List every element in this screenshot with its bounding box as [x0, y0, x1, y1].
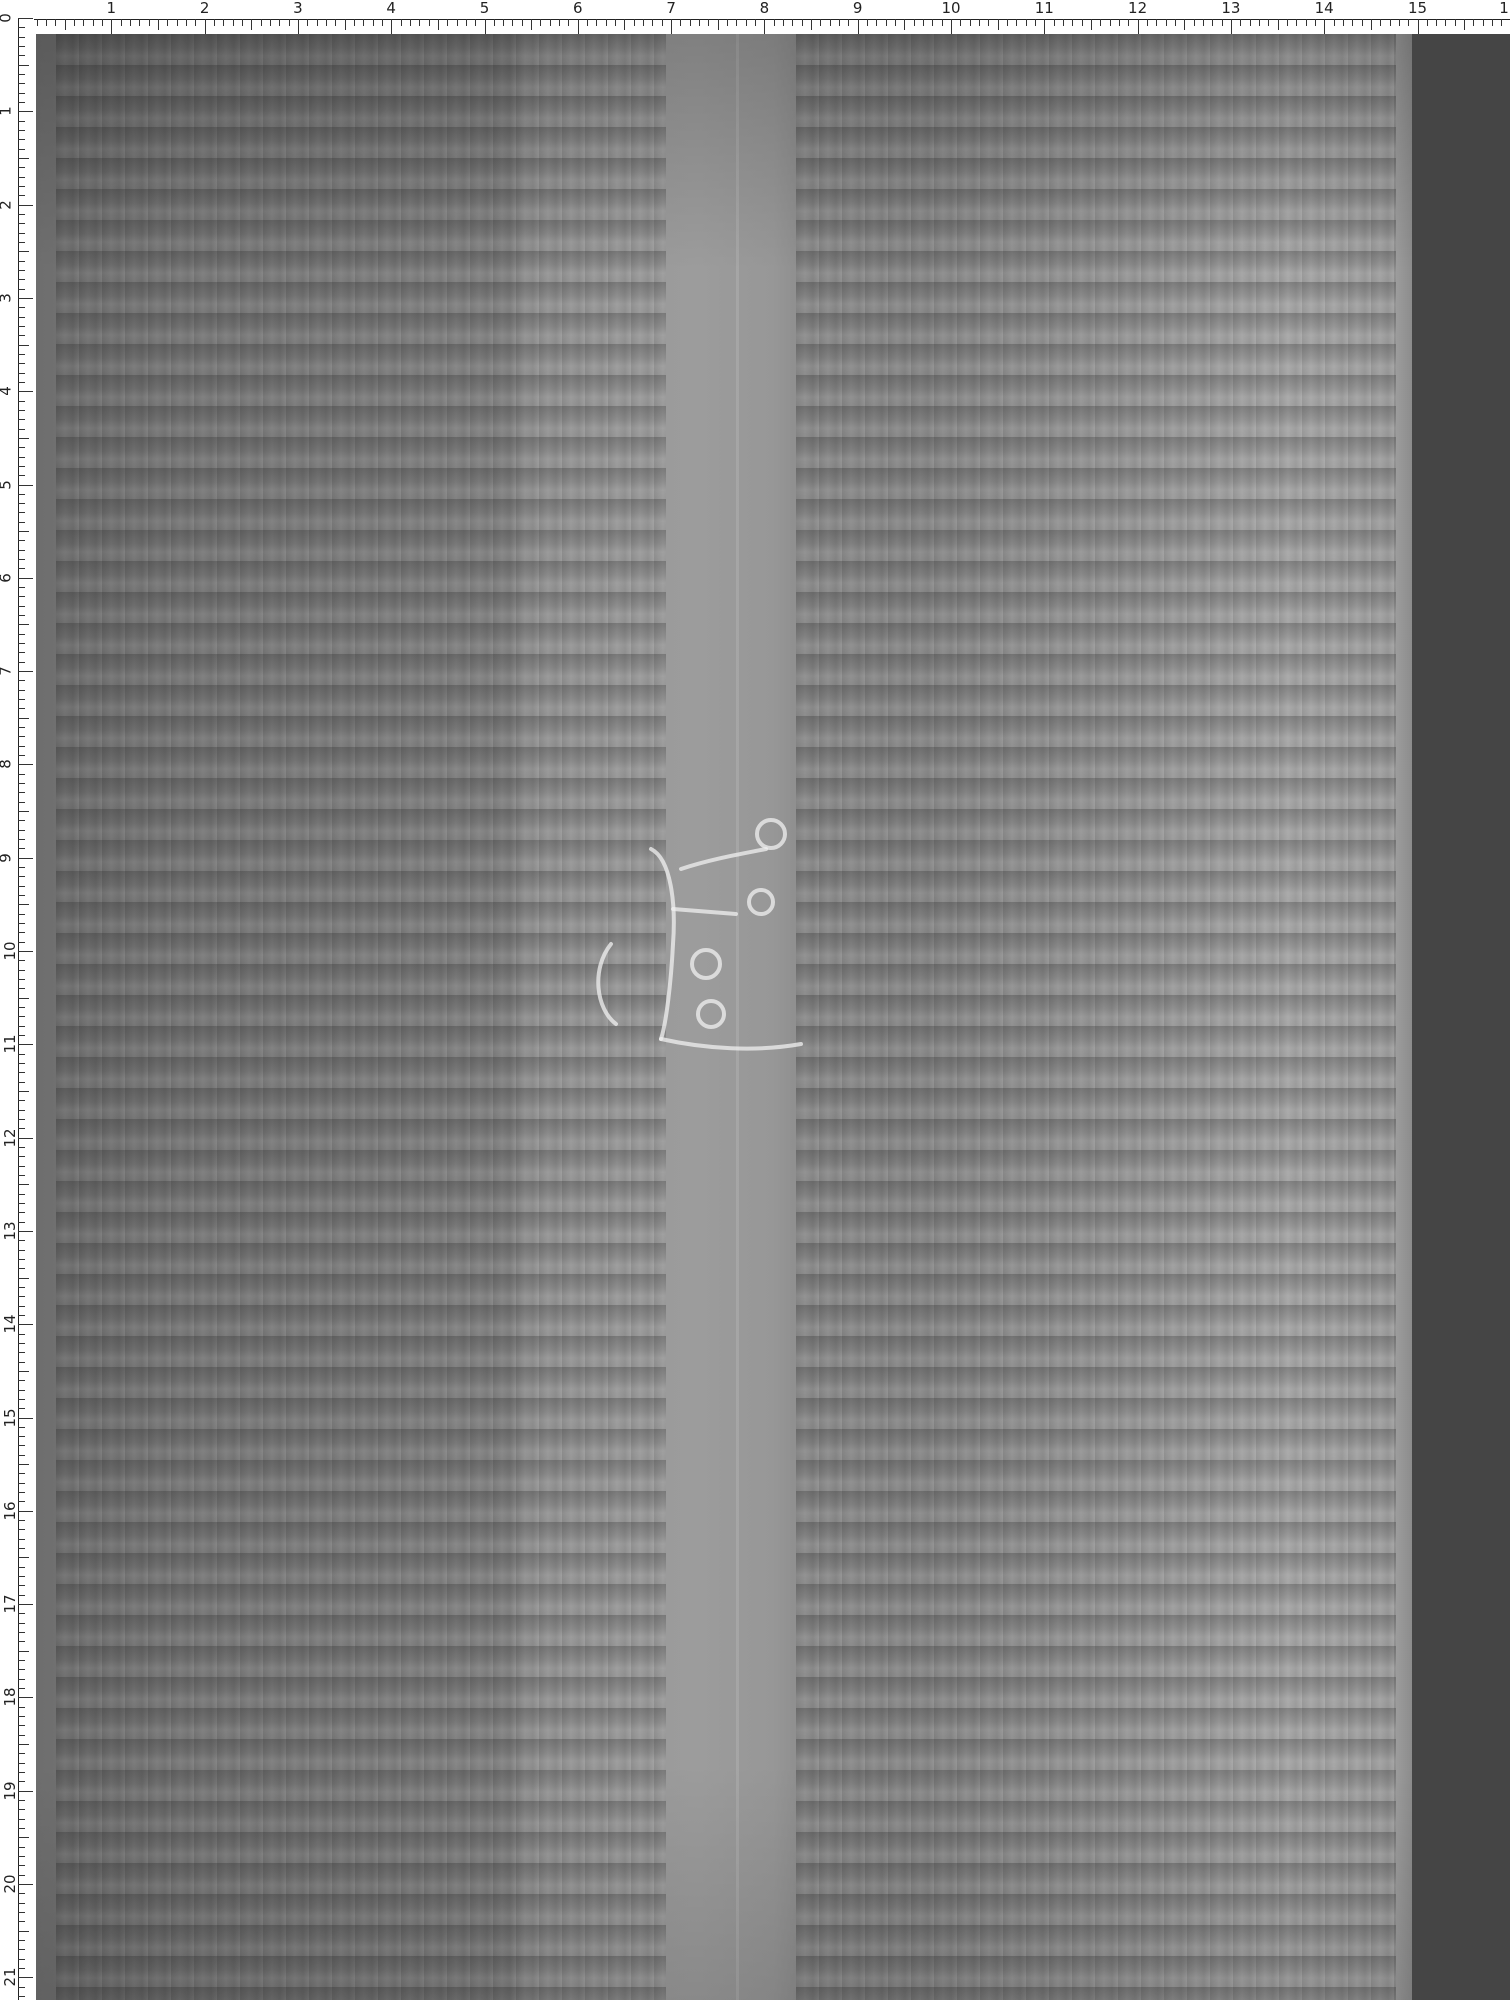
ruler-label: 10	[3, 941, 18, 960]
ruler-tick	[746, 19, 747, 26]
ruler-tick	[438, 19, 439, 30]
ruler-tick	[37, 19, 38, 26]
ruler-tick	[233, 19, 234, 26]
ruler-label: 5	[480, 0, 490, 17]
ruler-tick	[18, 1707, 25, 1708]
ruler-tick	[74, 19, 75, 26]
ruler-label: 20	[3, 1874, 18, 1893]
ruler-tick	[261, 19, 262, 26]
ruler-tick	[1110, 19, 1111, 26]
ruler-tick	[18, 1893, 25, 1894]
ruler-tick	[18, 1473, 25, 1474]
ruler-tick	[485, 19, 486, 34]
ruler-tick	[46, 19, 47, 26]
ruler-tick	[18, 177, 25, 178]
ruler-tick	[18, 130, 25, 131]
ruler-tick	[18, 1119, 25, 1120]
ruler-tick	[18, 512, 25, 513]
ruler-tick	[634, 19, 635, 26]
ruler-tick	[18, 1259, 25, 1260]
ruler-tick	[1212, 19, 1213, 26]
ruler-tick	[18, 1240, 25, 1241]
ruler-tick	[1436, 19, 1437, 26]
ruler-tick	[764, 19, 765, 34]
ruler-tick	[18, 568, 25, 569]
ruler-tick	[830, 19, 831, 26]
ruler-tick	[18, 1847, 25, 1848]
ruler-tick	[18, 1156, 25, 1157]
ruler-tick	[18, 960, 25, 961]
ruler-tick	[1315, 19, 1316, 26]
ruler-tick	[18, 1977, 33, 1978]
ruler-tick	[690, 19, 691, 26]
ruler-label: 6	[573, 0, 583, 17]
ruler-tick	[18, 46, 25, 47]
ruler-tick	[18, 1371, 29, 1372]
ruler-tick	[18, 1940, 25, 1941]
ruler-tick	[18, 1250, 25, 1251]
ruler-tick	[522, 19, 523, 26]
ruler-tick	[1231, 19, 1232, 34]
ruler-tick	[18, 1856, 25, 1857]
ruler-tick	[1427, 19, 1428, 26]
ruler-tick	[1091, 19, 1092, 30]
ruler-tick	[18, 1791, 33, 1792]
ruler-label: 8	[0, 760, 13, 770]
ruler-tick	[18, 1931, 29, 1932]
ruler-tick	[18, 1138, 33, 1139]
ruler-tick	[802, 19, 803, 26]
ruler-tick	[727, 19, 728, 26]
ruler-tick	[18, 1184, 29, 1185]
ruler-tick	[18, 1828, 25, 1829]
ruler-label: 9	[853, 0, 863, 17]
ruler-tick	[615, 19, 616, 26]
ruler-tick	[18, 1296, 25, 1297]
ruler-tick	[18, 662, 25, 663]
ruler-tick	[326, 19, 327, 26]
ruler-tick	[18, 382, 25, 383]
ruler-tick	[93, 19, 94, 26]
ruler-tick	[1343, 19, 1344, 26]
ruler-tick	[18, 102, 25, 103]
ruler-tick	[382, 19, 383, 26]
ruler-tick	[960, 19, 961, 26]
ruler-tick	[596, 19, 597, 26]
ruler-tick	[18, 1362, 25, 1363]
ruler-tick	[65, 19, 66, 30]
ruler-tick	[18, 858, 33, 859]
ruler-tick	[1007, 19, 1008, 26]
manuscript-scan	[36, 34, 1510, 2000]
ruler-tick	[811, 19, 812, 30]
ruler-tick	[18, 1837, 29, 1838]
ruler-tick	[988, 19, 989, 26]
ruler-tick	[18, 363, 25, 364]
ruler-tick	[18, 307, 25, 308]
ruler-tick	[18, 1865, 25, 1866]
ruler-tick	[18, 242, 25, 243]
ruler-tick	[18, 652, 25, 653]
ruler-tick	[18, 876, 25, 877]
ruler-tick	[1390, 19, 1391, 26]
ruler-tick	[195, 19, 196, 26]
ruler-tick	[18, 289, 25, 290]
ruler-tick	[923, 19, 924, 26]
ruler-tick	[18, 438, 29, 439]
ruler-tick	[18, 942, 25, 943]
ruler-tick	[774, 19, 775, 26]
ruler-tick	[18, 970, 25, 971]
ruler-tick	[18, 1520, 25, 1521]
ruler-tick	[18, 1445, 25, 1446]
ruler-tick	[18, 1576, 25, 1577]
ruler-tick	[18, 923, 25, 924]
ruler-tick	[18, 1063, 25, 1064]
ruler-label: 7	[0, 666, 13, 676]
ruler-tick	[18, 251, 29, 252]
ruler-tick	[18, 1567, 25, 1568]
ruler-tick	[18, 587, 25, 588]
ruler-tick	[904, 19, 905, 30]
ruler-tick	[18, 764, 33, 765]
scan-background-edge	[1412, 34, 1510, 2000]
ruler-tick	[1501, 19, 1502, 26]
ruler-tick	[876, 19, 877, 26]
ruler-label: 1	[0, 107, 13, 117]
ruler-tick	[279, 19, 280, 26]
ruler-label: 11	[3, 1035, 18, 1054]
ruler-tick	[18, 1763, 25, 1764]
ruler-tick	[18, 1632, 25, 1633]
ruler-tick	[18, 1464, 29, 1465]
ruler-tick	[578, 19, 579, 34]
ruler-tick	[18, 690, 25, 691]
ruler-label: 12	[3, 1128, 18, 1147]
ruler-tick	[18, 447, 25, 448]
ruler-tick	[662, 19, 663, 26]
ruler-tick	[951, 19, 952, 34]
ruler-tick	[18, 1959, 25, 1960]
ruler-tick	[18, 195, 25, 196]
ruler-tick	[680, 19, 681, 26]
ruler-tick	[18, 1548, 25, 1549]
ruler-tick	[18, 475, 25, 476]
ruler-tick	[18, 1996, 25, 1997]
ruler-tick	[587, 19, 588, 26]
ruler-label: 11	[1035, 0, 1054, 17]
ruler-tick	[886, 19, 887, 26]
ruler-tick	[18, 1399, 25, 1400]
ruler-tick	[18, 345, 29, 346]
ruler-tick	[457, 19, 458, 26]
ruler-tick	[932, 19, 933, 26]
ruler-tick	[419, 19, 420, 26]
ruler-tick	[18, 270, 25, 271]
ruler-tick	[18, 167, 25, 168]
ruler-tick	[18, 1026, 25, 1027]
ruler-tick	[18, 1604, 33, 1605]
ruler-tick	[18, 158, 29, 159]
ruler-tick	[18, 811, 29, 812]
ruler-tick	[18, 55, 25, 56]
ruler-tick	[18, 1875, 25, 1876]
ruler-tick	[18, 1501, 25, 1502]
ruler-tick	[18, 1194, 25, 1195]
ruler-tick	[18, 1091, 29, 1092]
ruler-tick	[18, 1268, 25, 1269]
ruler-tick	[671, 19, 672, 34]
ruler-tick	[18, 1679, 25, 1680]
ruler-tick	[18, 1016, 25, 1017]
ruler-tick	[18, 1054, 25, 1055]
ruler-tick	[18, 391, 33, 392]
ruler-tick	[18, 1511, 33, 1512]
ruler-tick	[18, 279, 25, 280]
ruler-tick	[1147, 19, 1148, 26]
ruler-tick	[559, 19, 560, 26]
ruler-tick	[270, 19, 271, 26]
ruler-label: 1	[107, 0, 117, 17]
ruler-label: 4	[386, 0, 396, 17]
ruler-tick	[121, 19, 122, 26]
ruler-label: 13	[3, 1221, 18, 1240]
ruler-tick	[18, 746, 25, 747]
ruler-tick	[214, 19, 215, 26]
ruler-tick	[363, 19, 364, 26]
ruler-tick	[1408, 19, 1409, 26]
ruler-tick	[1054, 19, 1055, 26]
ruler-tick	[1371, 19, 1372, 30]
ruler-tick	[18, 522, 25, 523]
ruler-tick	[18, 457, 25, 458]
ruler-tick	[18, 1110, 25, 1111]
ruler-tick	[242, 19, 243, 26]
ruler-tick	[18, 1585, 25, 1586]
ruler-tick	[18, 1278, 29, 1279]
ruler-tick	[18, 83, 25, 84]
ruler-tick	[391, 19, 392, 34]
ruler-tick	[18, 1968, 25, 1969]
ruler-tick	[1063, 19, 1064, 26]
ruler-tick	[18, 1352, 25, 1353]
ruler-tick	[18, 261, 25, 262]
ruler-tick	[1100, 19, 1101, 26]
ruler-tick	[289, 19, 290, 26]
ruler-tick	[18, 298, 33, 299]
ruler-tick	[18, 1334, 25, 1335]
ruler-tick	[18, 550, 25, 551]
ruler-tick	[18, 1819, 25, 1820]
ruler-tick	[1166, 19, 1167, 26]
ruler-tick	[1380, 19, 1381, 26]
ruler-label: 15	[3, 1408, 18, 1427]
ruler-tick	[345, 19, 346, 30]
ruler-tick	[1156, 19, 1157, 26]
ruler-tick	[18, 485, 33, 486]
ruler-tick	[18, 1641, 25, 1642]
ruler-tick	[18, 531, 29, 532]
ruler-tick	[18, 1343, 25, 1344]
ruler-tick	[1128, 19, 1129, 26]
ruler-tick	[466, 19, 467, 26]
ruler-tick	[1399, 19, 1400, 26]
ruler-tick	[18, 671, 33, 672]
ruler-tick	[18, 1483, 25, 1484]
ruler-tick	[18, 503, 25, 504]
ruler-tick	[1035, 19, 1036, 26]
ruler-tick	[998, 19, 999, 30]
ruler-tick	[177, 19, 178, 26]
ruler-tick	[83, 19, 84, 26]
ruler-tick	[1418, 19, 1419, 34]
ruler-tick	[18, 1921, 25, 1922]
ruler-tick	[55, 19, 56, 26]
ruler-tick	[307, 19, 308, 26]
ruler-label: 14	[3, 1315, 18, 1334]
ruler-tick	[1138, 19, 1139, 34]
ruler-tick	[18, 1455, 25, 1456]
ruler-tick	[1044, 19, 1045, 34]
ruler-tick	[18, 932, 25, 933]
ruler-tick	[18, 1744, 29, 1745]
ruler-tick	[18, 699, 25, 700]
ruler-tick	[18, 1753, 25, 1754]
ruler-tick	[18, 186, 25, 187]
ruler-tick	[531, 19, 532, 30]
ruler-label: 19	[3, 1781, 18, 1800]
ruler-tick	[18, 410, 25, 411]
ruler-label: 15	[1408, 0, 1427, 17]
ruler-tick	[102, 19, 103, 26]
ruler-tick	[18, 1688, 25, 1689]
ruler-tick	[18, 139, 25, 140]
ruler-tick	[18, 149, 25, 150]
ruler-tick	[970, 19, 971, 26]
ruler-tick	[18, 886, 25, 887]
ruler-tick	[18, 1306, 25, 1307]
ruler-tick	[18, 867, 25, 868]
ruler-tick	[335, 19, 336, 26]
ruler-tick	[18, 1222, 25, 1223]
ruler-tick	[1464, 19, 1465, 30]
ruler-tick	[18, 643, 25, 644]
ruler-label: 5	[0, 480, 13, 490]
ruler-tick	[18, 1166, 25, 1167]
ruler-tick	[18, 1557, 29, 1558]
ruler-tick	[858, 19, 859, 34]
ruler-label: 1	[1499, 0, 1509, 17]
ruler-tick	[317, 19, 318, 26]
ruler-tick	[18, 121, 25, 122]
ruler-tick	[18, 1072, 25, 1073]
ruler-tick	[18, 1903, 25, 1904]
ruler-tick	[18, 708, 25, 709]
ruler-tick	[1306, 19, 1307, 26]
ruler-tick	[18, 718, 29, 719]
ruler-tick	[18, 214, 25, 215]
ruler-tick	[18, 951, 33, 952]
ruler-label: 6	[0, 573, 13, 583]
ruler-tick	[18, 27, 25, 28]
ruler-tick	[18, 727, 25, 728]
ruler-tick	[158, 19, 159, 30]
ruler-tick	[18, 317, 25, 318]
ruler-tick	[503, 19, 504, 26]
ruler-tick	[18, 1725, 25, 1726]
scan-vignette	[36, 34, 1510, 2000]
ruler-tick	[18, 606, 25, 607]
ruler-tick	[18, 1315, 25, 1316]
ruler-label: 4	[0, 386, 13, 396]
ruler-tick	[1268, 19, 1269, 26]
ruler-tick	[18, 1912, 25, 1913]
left-ruler: 0123456789101112131415161718192021	[0, 0, 34, 2000]
ruler-label: 0	[0, 13, 13, 23]
ruler-tick	[18, 326, 25, 327]
ruler-tick	[18, 1231, 33, 1232]
ruler-tick	[699, 19, 700, 26]
ruler-tick	[1483, 19, 1484, 26]
ruler-tick	[18, 1772, 25, 1773]
ruler-label: 2	[0, 200, 13, 210]
ruler-tick	[755, 19, 756, 26]
ruler-tick	[18, 914, 25, 915]
ruler-tick	[568, 19, 569, 26]
ruler-tick	[18, 494, 25, 495]
ruler-tick	[1334, 19, 1335, 26]
ruler-tick	[18, 1203, 25, 1204]
ruler-tick	[1455, 19, 1456, 26]
ruler-tick	[298, 19, 299, 34]
ruler-tick	[18, 1492, 25, 1493]
ruler-tick	[18, 830, 25, 831]
ruler-tick	[18, 774, 25, 775]
ruler-tick	[18, 904, 29, 905]
ruler-tick	[624, 19, 625, 30]
ruler-label: 13	[1221, 0, 1240, 17]
ruler-tick	[1445, 19, 1446, 26]
ruler-tick	[1278, 19, 1279, 30]
ruler-tick	[130, 19, 131, 26]
ruler-tick	[718, 19, 719, 30]
ruler-tick	[18, 37, 25, 38]
ruler-tick	[18, 1100, 25, 1101]
ruler-tick	[18, 419, 25, 420]
ruler-label: 17	[3, 1595, 18, 1614]
ruler-tick	[410, 19, 411, 26]
ruler-tick	[895, 19, 896, 26]
ruler-tick	[18, 839, 25, 840]
ruler-tick	[18, 1035, 25, 1036]
ruler-tick	[251, 19, 252, 30]
ruler-tick	[540, 19, 541, 26]
ruler-tick	[18, 205, 33, 206]
ruler-tick	[1194, 19, 1195, 26]
ruler-tick	[18, 1949, 25, 1950]
ruler-tick	[18, 1427, 25, 1428]
ruler-tick	[512, 19, 513, 26]
ruler-tick	[18, 1324, 33, 1325]
ruler-tick	[18, 979, 25, 980]
ruler-tick	[942, 19, 943, 26]
ruler-tick	[18, 1539, 25, 1540]
ruler-tick	[914, 19, 915, 26]
ruler-tick	[18, 1418, 33, 1419]
ruler-tick	[18, 1623, 25, 1624]
ruler-tick	[979, 19, 980, 26]
ruler-tick	[354, 19, 355, 26]
